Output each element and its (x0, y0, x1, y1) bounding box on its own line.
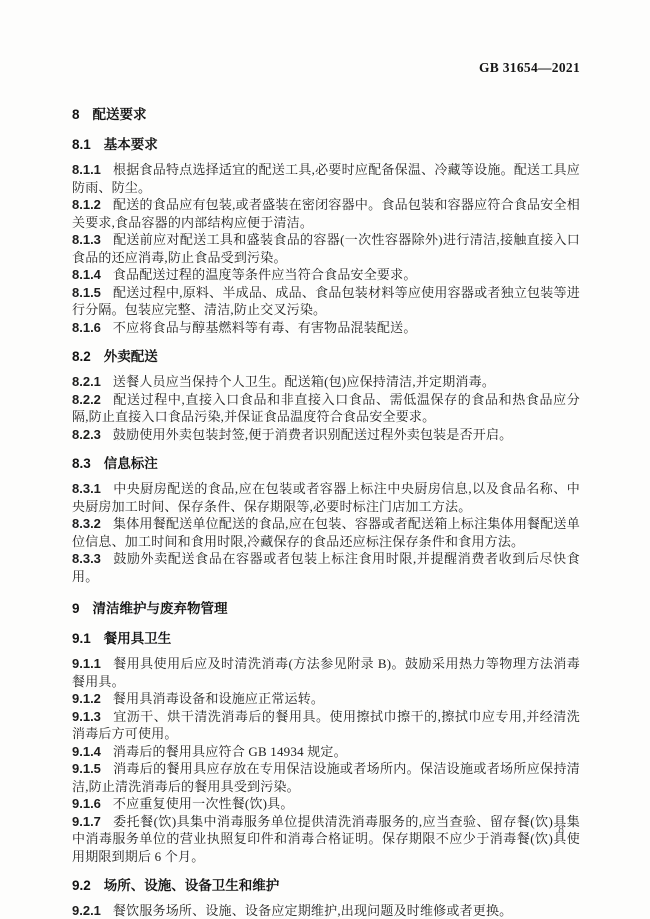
section-number: 9.2 (72, 877, 91, 895)
clause-9-1-1: 9.1.1餐用具使用后应及时清洗消毒(方法参见附录 B)。鼓励采用热力等物理方法… (72, 655, 580, 690)
clause-text: 配送前应对配送工具和盛装食品的容器(一次性容器除外)进行清洁,接触直接入口食品的… (72, 232, 580, 265)
clause-text: 食品配送过程的温度等条件应当符合食品安全要求。 (113, 267, 417, 282)
clause-number: 8.1.1 (72, 162, 113, 177)
clause-9-1-3: 9.1.3宜沥干、烘干清洗消毒后的餐用具。使用擦拭巾擦干的,擦拭巾应专用,并经清… (72, 708, 580, 743)
section-title: 基本要求 (104, 137, 158, 152)
clause-text: 不应将食品与醇基燃料等有毒、有害物品混装配送。 (113, 320, 417, 335)
clause-number: 8.1.3 (72, 232, 113, 247)
section-title: 外卖配送 (104, 349, 158, 364)
section-heading-9-2: 9.2场所、设施、设备卫生和维护 (72, 877, 580, 895)
clause-number: 8.3.1 (72, 481, 113, 496)
clause-9-1-6: 9.1.6不应重复使用一次性餐(饮)具。 (72, 795, 580, 813)
clause-9-1-2: 9.1.2餐用具消毒设备和设施应正常运转。 (72, 690, 580, 708)
clause-9-1-5: 9.1.5消毒后的餐用具应存放在专用保洁设施或者场所内。保洁设施或者场所应保持清… (72, 760, 580, 795)
clause-text: 餐饮服务场所、设施、设备应定期维护,出现问题及时维修或者更换。 (113, 903, 512, 918)
clause-number: 9.1.1 (72, 656, 113, 671)
clause-number: 8.1.5 (72, 285, 113, 300)
clause-text: 鼓励外卖配送食品在容器或者包装上标注食用时限,并提醒消费者收到后尽快食用。 (72, 551, 580, 584)
clause-9-1-7: 9.1.7委托餐(饮)具集中消毒服务单位提供清洗消毒服务的,应当查验、留存餐(饮… (72, 813, 580, 866)
clause-number: 9.1.3 (72, 709, 113, 724)
clause-8-3-2: 8.3.2集体用餐配送单位配送的食品,应在包装、容器或者配送箱上标注集体用餐配送… (72, 515, 580, 550)
chapter-heading-8: 8配送要求 (72, 106, 580, 124)
clause-text: 消毒后的餐用具应存放在专用保洁设施或者场所内。保洁设施或者场所应保持清洁,防止清… (72, 761, 580, 794)
clause-8-3-1: 8.3.1中央厨房配送的食品,应在包装或者容器上标注中央厨房信息,以及食品名称、… (72, 480, 580, 515)
chapter-heading-9: 9清洁维护与废弃物管理 (72, 600, 580, 618)
clause-text: 配送过程中,直接入口食品和非直接入口食品、需低温保存的食品和热食品应分隔,防止直… (72, 392, 580, 425)
clause-text: 宜沥干、烘干清洗消毒后的餐用具。使用擦拭巾擦干的,擦拭巾应专用,并经清洗消毒后方… (72, 709, 580, 742)
chapter-title: 配送要求 (93, 107, 147, 122)
clause-number: 8.2.1 (72, 374, 113, 389)
section-heading-8-2: 8.2外卖配送 (72, 348, 580, 366)
clause-text: 中央厨房配送的食品,应在包装或者容器上标注中央厨房信息,以及食品名称、中央厨房加… (72, 481, 580, 514)
clause-8-1-3: 8.1.3配送前应对配送工具和盛装食品的容器(一次性容器除外)进行清洁,接触直接… (72, 231, 580, 266)
clause-number: 8.1.2 (72, 197, 113, 212)
section-number: 8.3 (72, 455, 91, 473)
clause-text: 餐用具消毒设备和设施应正常运转。 (113, 691, 324, 706)
clause-9-1-4: 9.1.4消毒后的餐用具应符合 GB 14934 规定。 (72, 743, 580, 761)
clause-text: 餐用具使用后应及时清洗消毒(方法参见附录 B)。鼓励采用热力等物理方法消毒餐用具… (72, 656, 580, 689)
clause-number: 8.3.3 (72, 551, 113, 566)
clause-number: 9.1.6 (72, 796, 113, 811)
chapter-number: 8 (72, 106, 80, 124)
section-title: 场所、设施、设备卫生和维护 (104, 878, 280, 893)
clause-number: 9.1.7 (72, 814, 113, 829)
clause-8-1-4: 8.1.4食品配送过程的温度等条件应当符合食品安全要求。 (72, 266, 580, 284)
clause-number: 8.1.6 (72, 320, 113, 335)
clause-8-1-5: 8.1.5配送过程中,原料、半成品、成品、食品包装材料等应使用容器或者独立包装等… (72, 284, 580, 319)
clause-text: 消毒后的餐用具应符合 GB 14934 规定。 (113, 744, 347, 759)
clause-number: 9.1.5 (72, 761, 113, 776)
clause-number: 8.1.4 (72, 267, 113, 282)
chapter-number: 9 (72, 600, 80, 618)
section-number: 8.1 (72, 136, 91, 154)
clause-text: 送餐人员应当保持个人卫生。配送箱(包)应保持清洁,并定期消毒。 (113, 374, 495, 389)
clause-text: 配送过程中,原料、半成品、成品、食品包装材料等应使用容器或者独立包装等进行分隔。… (72, 285, 580, 318)
clause-text: 委托餐(饮)具集中消毒服务单位提供清洗消毒服务的,应当查验、留存餐(饮)具集中消… (72, 814, 580, 864)
document-page: GB 31654—2021 8配送要求 8.1基本要求 8.1.1根据食品特点选… (0, 0, 650, 919)
clause-number: 9.2.1 (72, 903, 113, 918)
section-heading-9-1: 9.1餐用具卫生 (72, 630, 580, 648)
clause-8-1-1: 8.1.1根据食品特点选择适宜的配送工具,必要时应配备保温、冷藏等设施。配送工具… (72, 161, 580, 196)
section-number: 9.1 (72, 630, 91, 648)
section-heading-8-1: 8.1基本要求 (72, 136, 580, 154)
section-heading-8-3: 8.3信息标注 (72, 455, 580, 473)
clause-9-2-1: 9.2.1餐饮服务场所、设施、设备应定期维护,出现问题及时维修或者更换。 (72, 902, 580, 919)
clause-8-2-2: 8.2.2配送过程中,直接入口食品和非直接入口食品、需低温保存的食品和热食品应分… (72, 391, 580, 426)
clause-number: 8.3.2 (72, 516, 113, 531)
section-title: 餐用具卫生 (104, 631, 172, 646)
chapter-title: 清洁维护与废弃物管理 (93, 601, 228, 616)
clause-8-2-1: 8.2.1送餐人员应当保持个人卫生。配送箱(包)应保持清洁,并定期消毒。 (72, 373, 580, 391)
clause-text: 根据食品特点选择适宜的配送工具,必要时应配备保温、冷藏等设施。配送工具应防雨、防… (72, 162, 580, 195)
clause-8-1-2: 8.1.2配送的食品应有包装,或者盛装在密闭容器中。食品包装和容器应符合食品安全… (72, 196, 580, 231)
clause-number: 9.1.4 (72, 744, 113, 759)
clause-8-1-6: 8.1.6不应将食品与醇基燃料等有毒、有害物品混装配送。 (72, 319, 580, 337)
section-title: 信息标注 (104, 456, 158, 471)
clause-text: 集体用餐配送单位配送的食品,应在包装、容器或者配送箱上标注集体用餐配送单位信息、… (72, 516, 580, 549)
clause-text: 鼓励使用外卖包装封签,便于消费者识别配送过程外卖包装是否开启。 (113, 427, 512, 442)
standard-number-header: GB 31654—2021 (72, 60, 580, 76)
clause-number: 8.2.2 (72, 392, 113, 407)
clause-8-3-3: 8.3.3鼓励外卖配送食品在容器或者包装上标注食用时限,并提醒消费者收到后尽快食… (72, 550, 580, 585)
clause-text: 不应重复使用一次性餐(饮)具。 (113, 796, 294, 811)
clause-number: 8.2.3 (72, 427, 113, 442)
clause-text: 配送的食品应有包装,或者盛装在密闭容器中。食品包装和容器应符合食品安全相关要求,… (72, 197, 580, 230)
clause-8-2-3: 8.2.3鼓励使用外卖包装封签,便于消费者识别配送过程外卖包装是否开启。 (72, 426, 580, 444)
clause-number: 9.1.2 (72, 691, 113, 706)
section-number: 8.2 (72, 348, 91, 366)
page-number: 8 (558, 824, 564, 836)
